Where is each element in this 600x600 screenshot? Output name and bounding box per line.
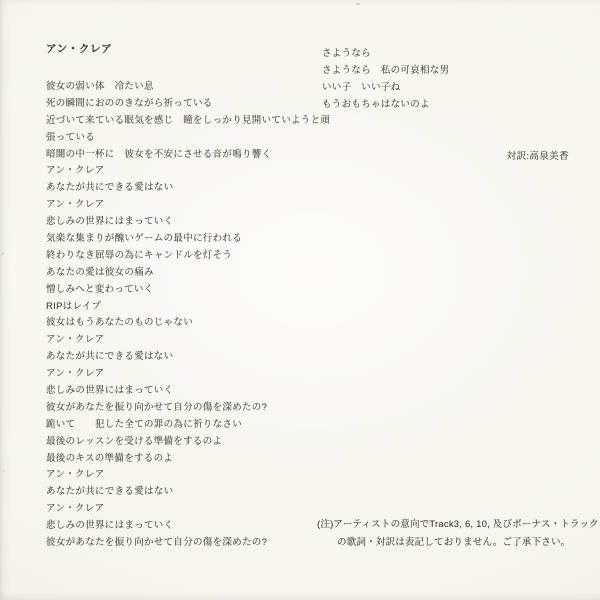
lyric-line: アン・クレア <box>46 332 376 349</box>
lyrics-left-column: 彼女の弱い体 冷たい息 死の瞬間におののきながら祈っている 近づいて来ている眠気… <box>46 79 376 552</box>
lyrics-booklet-page: アン・クレア 彼女の弱い体 冷たい息 死の瞬間におののきながら祈っている 近づい… <box>0 0 600 600</box>
song-title: アン・クレア <box>46 41 112 56</box>
lyric-line: いい子 いい子ね <box>322 79 572 96</box>
lyric-line: アン・クレア <box>46 197 376 214</box>
lyric-line: 張っている <box>46 130 376 147</box>
lyric-line: 最後のキスの準備をするのよ <box>46 451 376 468</box>
footnote-line-1: (注)アーティストの意向でTrack3, 6, 10, 及びボーナス・トラック <box>317 516 579 534</box>
lyric-line: 近づいて来ている眠気を感じ 瞳をしっかり見開いていようと頑 <box>46 113 376 130</box>
scan-edge-shadow-top <box>0 0 600 6</box>
lyric-line: あなたが共にできる愛はない <box>46 484 376 501</box>
lyric-line: 終わりなき屈辱の為にキャンドルを灯そう <box>46 248 376 265</box>
lyric-line: あなたの愛は彼女の痛み <box>46 265 376 282</box>
scan-speck <box>2 252 4 255</box>
lyric-line: 悲しみの世界にはまっていく <box>46 214 376 231</box>
lyric-line: さようなら <box>322 45 572 62</box>
lyric-line: 跪いて 犯した全ての罪の為に祈りなさい <box>46 417 376 434</box>
scan-speck <box>3 470 5 472</box>
footnote-line-2: の歌詞・対訳は表記しておりません。ご了承下さい。 <box>317 534 579 552</box>
lyric-line: 彼女があなたを振り向かせて自分の傷を深めたの? <box>46 400 376 417</box>
lyrics-right-column: さようなら さようなら 私の可哀相な男 いい子 いい子ね もうおもちゃはないのよ <box>322 45 572 113</box>
footnote: (注)アーティストの意向でTrack3, 6, 10, 及びボーナス・トラック … <box>317 516 579 553</box>
scan-edge-shadow-bottom <box>0 592 600 600</box>
lyric-line: もうおもちゃはないのよ <box>322 96 572 113</box>
lyric-line: アン・クレア <box>46 366 376 383</box>
lyric-line: 最後のレッスンを受ける準備をするのよ <box>46 434 376 451</box>
lyric-line: 悲しみの世界にはまっていく <box>46 383 376 400</box>
lyric-line: さようなら 私の可哀相な男 <box>322 62 572 79</box>
scan-speck <box>356 3 360 5</box>
lyric-line: 憎しみへと変わっていく <box>46 282 376 299</box>
lyric-line: あなたが共にできる愛はない <box>46 180 376 197</box>
lyric-line: 気楽な集まりが醜いゲームの最中に行われる <box>46 231 376 248</box>
lyric-line: RIPはレイプ <box>46 299 376 316</box>
lyric-line: アン・クレア <box>46 467 376 484</box>
lyric-line: あなたが共にできる愛はない <box>46 349 376 366</box>
translator-credit: 対訳:高泉美香 <box>507 148 569 162</box>
scan-edge-shadow-left <box>0 0 10 600</box>
lyric-line: 暗闇の中一杯に 彼女を不安にさせる音が鳴り響く <box>46 147 376 164</box>
lyric-line: アン・クレア <box>46 163 376 180</box>
lyric-line: 彼女はもうあなたのものじゃない <box>46 315 376 332</box>
